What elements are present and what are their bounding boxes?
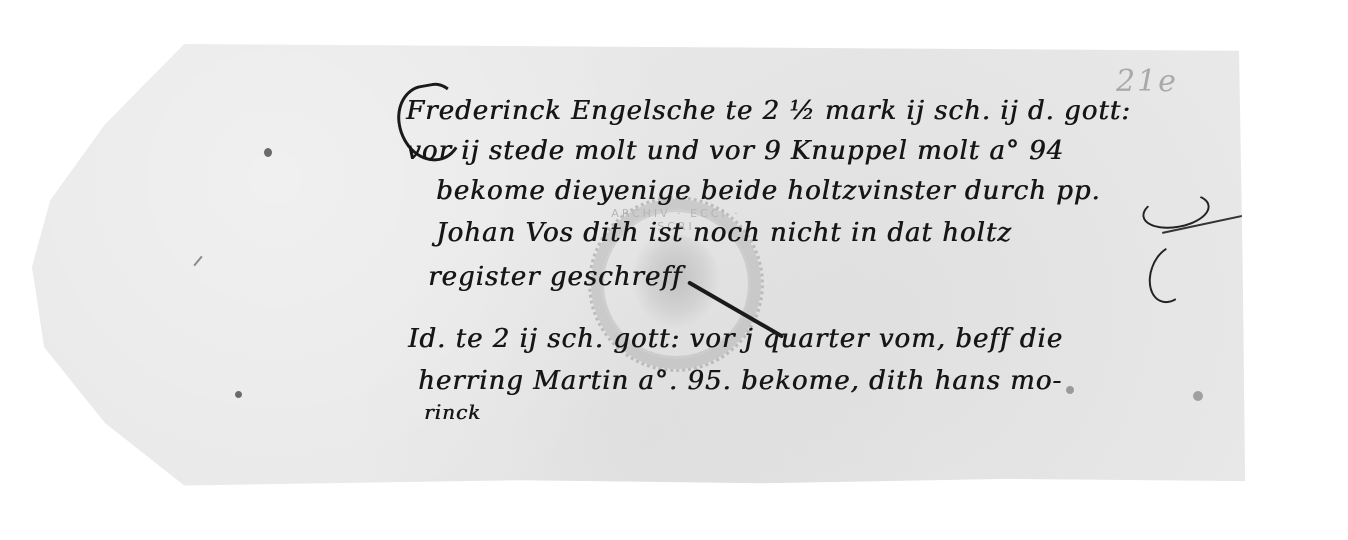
handwritten-line-1: Frederinck Engelsche te 2 ½ mark ij sch.…	[406, 96, 1131, 126]
paper-stain	[1193, 391, 1203, 401]
paper-fiber	[193, 256, 202, 266]
handwritten-line-7: herring Martin a°. 95. bekome, dith hans…	[418, 366, 1062, 396]
paper-stain	[235, 391, 242, 398]
paper-stain	[1066, 386, 1074, 394]
folio-number: 21e	[1116, 64, 1178, 99]
handwritten-line-3: bekome dieyenige beide holtzvinster durc…	[436, 176, 1101, 206]
handwritten-line-4: Johan Vos dith ist noch nicht in dat hol…	[436, 218, 1012, 248]
paper-stain	[264, 148, 272, 157]
flourish-loop	[1140, 188, 1213, 233]
handwritten-line-2: vor ij stede molt und vor 9 Knuppel molt…	[406, 136, 1064, 166]
flourish-loop	[1141, 239, 1201, 310]
document-paper: ARCHIV · ECCI · SCRI 21e Frederinck Enge…	[32, 44, 1250, 490]
handwritten-line-6: Id. te 2 ij sch. gott: vor j quarter vom…	[408, 324, 1063, 354]
handwritten-line-5: register geschreff	[428, 262, 682, 292]
handwritten-line-8: rinck	[424, 400, 481, 424]
